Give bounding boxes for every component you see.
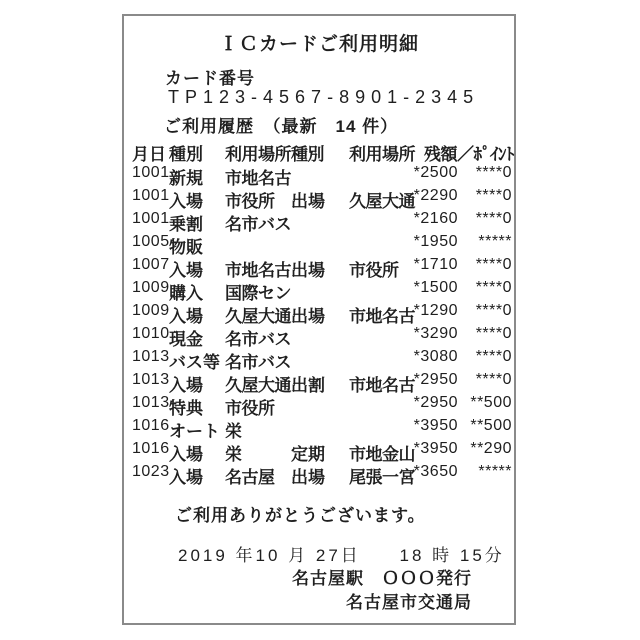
row-points: ****0	[462, 279, 512, 297]
row-balance: *2950	[410, 371, 458, 389]
row-balance: *2290	[410, 187, 458, 205]
row-balance: *1950	[410, 233, 458, 251]
row-type: 入場	[169, 463, 225, 488]
row-place-type: 市地名古	[225, 256, 293, 281]
table-row: 1023 入場 名古屋 出場 尾張一宮 *3650 *****	[124, 463, 514, 486]
row-balance: *3080	[410, 348, 458, 366]
table-row: 1005 物販 *1950 *****	[124, 233, 514, 256]
page-background: ＩＣカードご利用明細 カード番号 TP123-4567-8901-2345 ご利…	[0, 0, 640, 640]
issuing-station: 名古屋駅 ＯＯＯ発行	[292, 564, 472, 589]
row-points: ****0	[462, 187, 512, 205]
row-balance: *3290	[410, 325, 458, 343]
table-row: 1013 入場 久屋大通 出割 市地名古 *2950 ****0	[124, 371, 514, 394]
row-date: 1001	[132, 164, 170, 182]
row-balance: *2950	[410, 394, 458, 412]
row-type: 現金	[169, 325, 225, 350]
row-date: 1009	[132, 279, 170, 297]
row-balance: *2160	[410, 210, 458, 228]
row-date: 1016	[132, 440, 170, 458]
header-type: 種別	[169, 140, 203, 165]
row-place-type: 久屋大通	[225, 371, 293, 396]
row-points: **500	[462, 417, 512, 435]
row-date: 1013	[132, 371, 170, 389]
row-points: ****0	[462, 302, 512, 320]
row-date: 1016	[132, 417, 170, 435]
row-exit-marker: 定期	[291, 440, 337, 465]
row-points: ****0	[462, 348, 512, 366]
row-place: 尾張一宮	[349, 463, 419, 488]
header-balance-points: 残額／ﾎﾟｲﾝﾄ	[404, 140, 514, 165]
row-balance: *2500	[410, 164, 458, 182]
row-type: 入場	[169, 187, 225, 212]
row-place-type: 栄	[225, 440, 293, 465]
issue-time: 18 時 15分	[400, 546, 505, 565]
row-points: ****0	[462, 371, 512, 389]
row-place-type: 市役所	[225, 394, 293, 419]
card-number-value: TP123-4567-8901-2345	[168, 87, 479, 108]
row-date: 1001	[132, 210, 170, 228]
row-type: 入場	[169, 302, 225, 327]
table-row: 1001 入場 市役所 出場 久屋大通 *2290 ****0	[124, 187, 514, 210]
row-exit-marker: 出場	[291, 187, 337, 212]
row-place-type: 栄	[225, 417, 293, 442]
row-type: 入場	[169, 256, 225, 281]
row-place-type: 名市バス	[225, 210, 293, 235]
row-date: 1009	[132, 302, 170, 320]
table-row: 1013 特典 市役所 *2950 **500	[124, 394, 514, 417]
row-date: 1001	[132, 187, 170, 205]
row-date: 1023	[132, 463, 170, 481]
row-place: 市役所	[349, 256, 419, 281]
card-number-label: カード番号	[165, 64, 255, 89]
row-type: 特典	[169, 394, 225, 419]
row-points: ****0	[462, 164, 512, 182]
header-date: 月日	[132, 140, 166, 165]
row-balance: *1710	[410, 256, 458, 274]
receipt-title: ＩＣカードご利用明細	[124, 29, 514, 56]
table-row: 1001 乗割 名市バス *2160 ****0	[124, 210, 514, 233]
row-place-type: 市地名古	[225, 164, 293, 189]
issue-date: 2019 年10 月 27日	[178, 546, 361, 565]
table-row: 1009 入場 久屋大通 出場 市地名古 *1290 ****0	[124, 302, 514, 325]
row-type: 物販	[169, 233, 225, 258]
row-place-type: 市役所	[225, 187, 293, 212]
table-row: 1013 バス等 名市バス *3080 ****0	[124, 348, 514, 371]
row-place-type: 国際セン	[225, 279, 293, 304]
row-date: 1007	[132, 256, 170, 274]
issue-datetime: 2019 年10 月 27日 18 時 15分	[178, 541, 505, 566]
row-points: *****	[462, 463, 512, 481]
transaction-table: 1001 新規 市地名古 *2500 ****0 1001 入場 市役所 出場 …	[124, 164, 514, 486]
row-type: バス等	[169, 348, 225, 373]
row-exit-marker: 出場	[291, 302, 337, 327]
thanks-message: ご利用ありがとうございます。	[175, 501, 426, 526]
table-row: 1010 現金 名市バス *3290 ****0	[124, 325, 514, 348]
table-row: 1016 オート 栄 *3950 **500	[124, 417, 514, 440]
row-type: 入場	[169, 440, 225, 465]
usage-history-label: ご利用履歴 （最新 14 件）	[164, 112, 398, 137]
row-place: 久屋大通	[349, 187, 419, 212]
table-header-row: 月日 種別 利用場所種別 利用場所 残額／ﾎﾟｲﾝﾄ	[124, 140, 514, 163]
issuer-organization: 名古屋市交通局	[346, 588, 472, 613]
table-row: 1016 入場 栄 定期 市地金山 *3950 **290	[124, 440, 514, 463]
row-type: 購入	[169, 279, 225, 304]
row-points: ****0	[462, 210, 512, 228]
row-type: 新規	[169, 164, 225, 189]
row-type: 乗割	[169, 210, 225, 235]
row-balance: *1290	[410, 302, 458, 320]
row-balance: *1500	[410, 279, 458, 297]
row-balance: *3950	[410, 417, 458, 435]
row-place-type: 名市バス	[225, 325, 293, 350]
row-points: ****0	[462, 256, 512, 274]
row-balance: *3650	[410, 463, 458, 481]
row-exit-marker: 出割	[291, 371, 337, 396]
row-place-type: 久屋大通	[225, 302, 293, 327]
row-points: **290	[462, 440, 512, 458]
row-exit-marker: 出場	[291, 463, 337, 488]
row-balance: *3950	[410, 440, 458, 458]
row-place: 市地金山	[349, 440, 419, 465]
row-date: 1013	[132, 394, 170, 412]
row-place: 市地名古	[349, 302, 419, 327]
row-type: オート	[169, 417, 225, 442]
row-points: ****0	[462, 325, 512, 343]
row-points: **500	[462, 394, 512, 412]
table-row: 1009 購入 国際セン *1500 ****0	[124, 279, 514, 302]
row-date: 1010	[132, 325, 170, 343]
row-points: *****	[462, 233, 512, 251]
row-exit-marker: 出場	[291, 256, 337, 281]
row-date: 1005	[132, 233, 170, 251]
header-place-type: 利用場所種別	[225, 140, 324, 165]
row-place-type: 名古屋	[225, 463, 293, 488]
row-place-type: 名市バス	[225, 348, 293, 373]
row-date: 1013	[132, 348, 170, 366]
row-type: 入場	[169, 371, 225, 396]
ic-card-receipt: ＩＣカードご利用明細 カード番号 TP123-4567-8901-2345 ご利…	[122, 14, 516, 625]
row-place: 市地名古	[349, 371, 419, 396]
table-row: 1007 入場 市地名古 出場 市役所 *1710 ****0	[124, 256, 514, 279]
table-row: 1001 新規 市地名古 *2500 ****0	[124, 164, 514, 187]
